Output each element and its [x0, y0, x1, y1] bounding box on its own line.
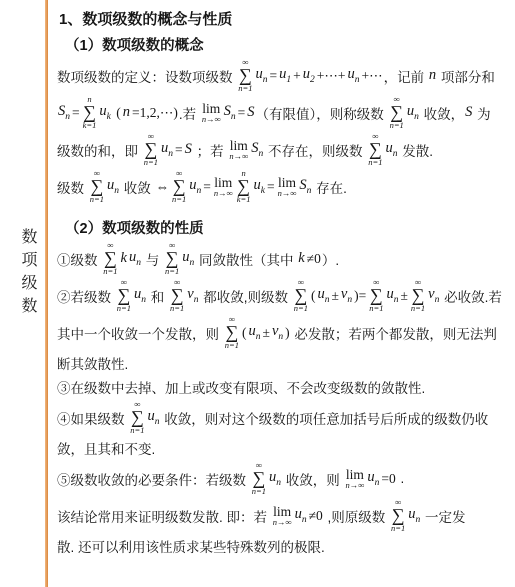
- summation: ∞∑n=1: [368, 132, 382, 166]
- text-line: 断其敛散性.: [57, 351, 513, 375]
- math-variable: S: [465, 104, 472, 121]
- summation: ∞∑n=1: [391, 498, 405, 532]
- summation: ∞∑n=1: [103, 241, 117, 275]
- limit-subscript: n→∞: [214, 189, 233, 198]
- math-subscripted: un: [386, 286, 398, 305]
- math-subscripted: un: [295, 506, 307, 525]
- math-operator: ≠0: [309, 508, 323, 524]
- math-operator: (: [242, 325, 247, 341]
- sigma-icon: ∑: [131, 409, 144, 426]
- text-line: 级数 ∞∑n=1un 收敛 ⇔∞∑n=1un=limn→∞n∑k=1uk=lim…: [57, 168, 513, 205]
- text-line: 该结论常用来证明级数发散. 即：若 limn→∞un≠0 ,则原级数 ∞∑n=1…: [57, 497, 513, 534]
- summation-lower-limit: n=1: [225, 341, 239, 350]
- summation-lower-limit: n=1: [130, 426, 144, 435]
- subscript: n: [197, 186, 202, 196]
- subscript-base: u: [256, 66, 263, 82]
- text-run: 收敛，则对这个级数的项任意加括号后所成的级数仍收: [161, 408, 489, 428]
- math-subscripted: Sn: [299, 177, 311, 196]
- subscript: n: [375, 478, 380, 488]
- math-operator: =1,2,⋯): [132, 105, 178, 121]
- text-run: 同敛散性（其中: [195, 249, 297, 269]
- summation-lower-limit: n=1: [294, 304, 308, 313]
- limit-word: lim: [273, 505, 291, 519]
- math-subscripted: vn: [272, 323, 283, 342]
- text-line: 其中一个收敛一个发散，则 ∞∑n=1(un±vn) 必发散；若两个都发散，则无法…: [57, 314, 513, 351]
- text-run: 为: [473, 103, 490, 123]
- math-variable: n: [429, 67, 436, 84]
- summation-lower-limit: k=1: [237, 195, 251, 204]
- text-run: 都收敛,则级数: [199, 286, 291, 306]
- summation: ∞∑n=1: [390, 95, 404, 129]
- math-operator: =: [267, 179, 275, 195]
- subscript-base: u: [189, 177, 196, 193]
- summation-lower-limit: n=1: [238, 84, 252, 93]
- summation: ∞∑n=1: [252, 461, 266, 495]
- subscript: n: [231, 112, 236, 122]
- text-run: 发散.: [398, 140, 433, 160]
- summation: ∞∑n=1: [117, 278, 131, 312]
- subscript-base: u: [367, 469, 374, 485]
- limit-word: lim: [230, 139, 248, 153]
- text-line: ④如果级数 ∞∑n=1un 收敛，则对这个级数的项任意加括号后所成的级数仍收: [57, 399, 513, 436]
- math-operator: (: [113, 105, 121, 121]
- summation: ∞∑n=1: [369, 278, 383, 312]
- math-subscripted: Sn: [58, 103, 70, 122]
- math-subscripted: un: [249, 323, 261, 342]
- math-subscripted: uk: [99, 103, 110, 122]
- text-line: ⑤级数收敛的必要条件：若级数 ∞∑n=1un 收敛，则 limn→∞un=0 .: [57, 460, 513, 497]
- math-operator: =0: [381, 471, 395, 487]
- subscript: n: [393, 149, 398, 159]
- math-operator: =: [175, 142, 183, 158]
- text-run: 级数: [57, 177, 88, 197]
- text-run: ；若: [193, 140, 228, 160]
- math-subscripted: uk: [253, 177, 264, 196]
- text-line: ①级数 ∞∑n=1kun 与 ∞∑n=1un 同敛散性（其中 k≠0）.: [57, 240, 513, 277]
- math-operator: ±: [331, 288, 338, 304]
- math-operator: =: [238, 105, 246, 121]
- math-subscripted: un: [367, 469, 379, 488]
- math-subscripted: vn: [341, 286, 352, 305]
- limit-subscript: n→∞: [202, 115, 221, 124]
- math-operator: +: [293, 68, 301, 84]
- text-run: 断其敛散性.: [57, 353, 128, 373]
- summation-lower-limit: n=1: [165, 267, 179, 276]
- subscript-base: u: [249, 323, 256, 339]
- subscript-base: u: [385, 140, 392, 156]
- subscript: n: [347, 295, 352, 305]
- text-run: 和: [147, 286, 168, 306]
- sigma-icon: ∑: [370, 287, 383, 304]
- subscript-base: u: [295, 506, 302, 522]
- math-variable: S: [185, 141, 192, 158]
- chapter-accent-line: [45, 0, 48, 587]
- math-operator: +⋯: [362, 68, 383, 84]
- text-run: ⑤级数收敛的必要条件：若级数: [57, 469, 250, 489]
- text-run: .若: [179, 103, 200, 123]
- summation: ∞∑n=1: [130, 400, 144, 434]
- math-subscripted: un: [148, 408, 160, 427]
- subscript: n: [141, 295, 146, 305]
- sigma-icon: ∑: [390, 104, 403, 121]
- math-subscripted: un: [134, 286, 146, 305]
- subscript-base: u: [407, 103, 414, 119]
- subscript-base: u: [317, 286, 324, 302]
- subscript: n: [256, 332, 261, 342]
- math-subscripted: un: [182, 249, 194, 268]
- subscript: n: [394, 295, 399, 305]
- page-container: 数项级数 1、数项级数的概念与性质（1）数项级数的概念数项级数的定义：设数项级数…: [0, 0, 515, 587]
- subscript: k: [261, 186, 265, 196]
- subscript: n: [278, 332, 283, 342]
- summation: n∑k=1: [237, 169, 251, 203]
- subscript-base: S: [224, 103, 231, 119]
- sigma-icon: ∑: [392, 507, 405, 524]
- subscript: 1: [286, 75, 291, 85]
- subscript-base: u: [148, 408, 155, 424]
- sigma-icon: ∑: [144, 141, 157, 158]
- text-run: ②若级数: [57, 286, 115, 306]
- text-run: ,则原级数: [324, 506, 389, 526]
- text-line: （2）数项级数的性质: [57, 215, 513, 240]
- math-operator: )=: [354, 288, 366, 304]
- limit-word: lim: [202, 102, 220, 116]
- subscript: n: [307, 186, 312, 196]
- limit: limn→∞: [273, 505, 292, 527]
- math-variable: k: [121, 250, 127, 267]
- summation-lower-limit: n=1: [90, 195, 104, 204]
- subscript: n: [416, 515, 421, 525]
- summation-lower-limit: n=1: [172, 195, 186, 204]
- text-run: ①级数: [57, 249, 101, 269]
- math-subscripted: un: [189, 177, 201, 196]
- math-operator: ⇔: [156, 179, 170, 195]
- math-subscripted: u2: [303, 66, 315, 85]
- text-run: 敛，且其和不变.: [57, 438, 155, 458]
- sigma-icon: ∑: [412, 287, 425, 304]
- subscript: n: [168, 149, 173, 159]
- text-run: 与: [142, 249, 163, 269]
- math-operator: +⋯+: [317, 68, 346, 84]
- text-line: 数项级数的定义：设数项级数 ∞∑n=1un=u1+u2+⋯+un+⋯，记前 n …: [57, 57, 513, 94]
- summation: ∞∑n=1: [238, 58, 252, 92]
- subscript-base: u: [348, 66, 355, 82]
- text-run: 不存在，则级数: [264, 140, 366, 160]
- math-operator: ±: [263, 325, 270, 341]
- math-operator: =: [72, 105, 80, 121]
- sigma-icon: ∑: [171, 287, 184, 304]
- math-subscripted: vn: [428, 286, 439, 305]
- text-run: 收敛，则: [282, 469, 344, 489]
- math-operator: ): [285, 325, 290, 341]
- subscript: n: [189, 258, 194, 268]
- limit-word: lim: [346, 468, 364, 482]
- limit-subscript: n→∞: [273, 518, 292, 527]
- heading-text: 1、数项级数的概念与性质: [59, 8, 232, 29]
- summation: ∞∑n=1: [90, 169, 104, 203]
- summation: ∞∑n=1: [165, 241, 179, 275]
- subscript-base: u: [253, 177, 260, 193]
- text-run: 必发散；若两个都发散，则无法判: [291, 323, 497, 343]
- summation-lower-limit: n=1: [252, 487, 266, 496]
- math-variable: S: [247, 104, 254, 121]
- subscript: n: [263, 75, 268, 85]
- text-run: 一定发: [421, 506, 465, 526]
- math-subscripted: un: [129, 249, 141, 268]
- sigma-icon: ∑: [239, 67, 252, 84]
- text-line: ③在级数中去掉、加上或改变有限项、不会改变级数的敛散性.: [57, 375, 513, 399]
- math-operator: ≠0: [307, 251, 321, 267]
- summation-lower-limit: n=1: [103, 267, 117, 276]
- sigma-icon: ∑: [237, 178, 250, 195]
- subscript-base: S: [299, 177, 306, 193]
- limit: limn→∞: [214, 176, 233, 198]
- text-run: 必收敛.若: [440, 286, 502, 306]
- math-subscripted: vn: [187, 286, 198, 305]
- summation-lower-limit: n=1: [411, 304, 425, 313]
- chapter-label-vertical: 数项级数: [16, 228, 39, 320]
- limit: limn→∞: [229, 139, 248, 161]
- sigma-icon: ∑: [83, 104, 96, 121]
- limit-subscript: n→∞: [346, 481, 365, 490]
- text-run: 项部分和: [437, 66, 495, 86]
- text-run: ，记前: [384, 66, 428, 86]
- summation: ∞∑n=1: [144, 132, 158, 166]
- math-operator: ±: [400, 288, 407, 304]
- math-operator: =: [203, 179, 211, 195]
- math-subscripted: un: [317, 286, 329, 305]
- subscript: n: [276, 478, 281, 488]
- math-subscripted: Sn: [224, 103, 236, 122]
- text-run: 存在.: [312, 177, 347, 197]
- subscript: n: [355, 75, 360, 85]
- math-subscripted: un: [407, 103, 419, 122]
- text-run: .: [397, 471, 405, 486]
- text-run: （有限值），则称级数: [256, 103, 388, 123]
- summation: ∞∑n=1: [294, 278, 308, 312]
- text-run: 数项级数的定义：设数项级数: [57, 66, 236, 86]
- math-subscripted: un: [161, 140, 173, 159]
- math-subscripted: un: [385, 140, 397, 159]
- subscript: n: [302, 515, 307, 525]
- subscript: n: [414, 112, 419, 122]
- text-line: 1、数项级数的概念与性质: [57, 5, 513, 32]
- text-run: 收敛，: [420, 103, 464, 123]
- math-variable: k: [298, 250, 304, 267]
- heading-text: （2）数项级数的性质: [65, 217, 204, 238]
- limit: limn→∞: [202, 102, 221, 124]
- text-line: 散. 还可以利用该性质求某些特殊数列的极限.: [57, 534, 513, 558]
- sigma-icon: ∑: [104, 250, 117, 267]
- text-line: 敛，且其和不变.: [57, 436, 513, 460]
- subscript-base: u: [408, 506, 415, 522]
- text-line: 级数的和，即 ∞∑n=1un=S ；若 limn→∞Sn 不存在，则级数 ∞∑n…: [57, 131, 513, 168]
- subscript: k: [107, 112, 111, 122]
- summation-lower-limit: k=1: [83, 121, 97, 130]
- summation-lower-limit: n=1: [144, 158, 158, 167]
- math-subscripted: u1: [279, 66, 291, 85]
- sigma-icon: ∑: [369, 141, 382, 158]
- sigma-icon: ∑: [294, 287, 307, 304]
- limit-word: lim: [278, 176, 296, 190]
- subscript: n: [435, 295, 440, 305]
- document-body: 1、数项级数的概念与性质（1）数项级数的概念数项级数的定义：设数项级数 ∞∑n=…: [57, 5, 513, 558]
- text-line: ②若级数 ∞∑n=1un 和 ∞∑n=1vn 都收敛,则级数 ∞∑n=1(un±…: [57, 277, 513, 314]
- summation: n∑k=1: [83, 95, 97, 129]
- summation-lower-limit: n=1: [390, 121, 404, 130]
- text-run: 其中一个收敛一个发散，则: [57, 323, 223, 343]
- text-run: 级数的和，即: [57, 140, 142, 160]
- limit-word: lim: [214, 176, 232, 190]
- subscript: 2: [310, 75, 315, 85]
- heading-text: （1）数项级数的概念: [65, 34, 204, 55]
- text-line: （1）数项级数的概念: [57, 32, 513, 57]
- subscript: n: [65, 112, 70, 122]
- subscript: n: [325, 295, 330, 305]
- sigma-icon: ∑: [225, 324, 238, 341]
- text-run: ③在级数中去掉、加上或改变有限项、不会改变级数的敛散性.: [57, 377, 425, 397]
- text-run: 散. 还可以利用该性质求某些特殊数列的极限.: [57, 536, 325, 556]
- math-subscripted: un: [269, 469, 281, 488]
- math-variable: n: [123, 104, 130, 121]
- math-operator: =: [270, 68, 278, 84]
- math-operator: (: [311, 288, 316, 304]
- limit: limn→∞: [278, 176, 297, 198]
- summation-lower-limit: n=1: [391, 524, 405, 533]
- subscript-base: u: [99, 103, 106, 119]
- summation-lower-limit: n=1: [368, 158, 382, 167]
- sigma-icon: ∑: [117, 287, 130, 304]
- subscript-base: u: [386, 286, 393, 302]
- subscript: n: [194, 295, 199, 305]
- summation: ∞∑n=1: [225, 315, 239, 349]
- summation-lower-limit: n=1: [369, 304, 383, 313]
- subscript: n: [258, 149, 263, 159]
- math-subscripted: un: [408, 506, 420, 525]
- math-subscripted: un: [348, 66, 360, 85]
- text-run: ）.: [322, 249, 339, 269]
- subscript: n: [114, 186, 119, 196]
- text-line: Sn=n∑k=1uk (n=1,2,⋯).若 limn→∞Sn=S（有限值），则…: [57, 94, 513, 131]
- limit: limn→∞: [346, 468, 365, 490]
- text-run: 该结论常用来证明级数发散. 即：若: [57, 506, 271, 526]
- math-subscripted: Sn: [251, 140, 263, 159]
- summation: ∞∑n=1: [411, 278, 425, 312]
- text-run: ④如果级数: [57, 408, 128, 428]
- text-run: 收敛: [120, 177, 155, 197]
- limit-subscript: n→∞: [229, 152, 248, 161]
- subscript: n: [136, 258, 141, 268]
- sigma-icon: ∑: [173, 178, 186, 195]
- limit-subscript: n→∞: [278, 189, 297, 198]
- math-subscripted: un: [107, 177, 119, 196]
- math-subscripted: un: [256, 66, 268, 85]
- summation-lower-limit: n=1: [117, 304, 131, 313]
- sigma-icon: ∑: [166, 250, 179, 267]
- subscript-base: u: [303, 66, 310, 82]
- summation: ∞∑n=1: [172, 169, 186, 203]
- sigma-icon: ∑: [90, 178, 103, 195]
- summation-lower-limit: n=1: [170, 304, 184, 313]
- sigma-icon: ∑: [252, 470, 265, 487]
- summation: ∞∑n=1: [170, 278, 184, 312]
- subscript: n: [155, 417, 160, 427]
